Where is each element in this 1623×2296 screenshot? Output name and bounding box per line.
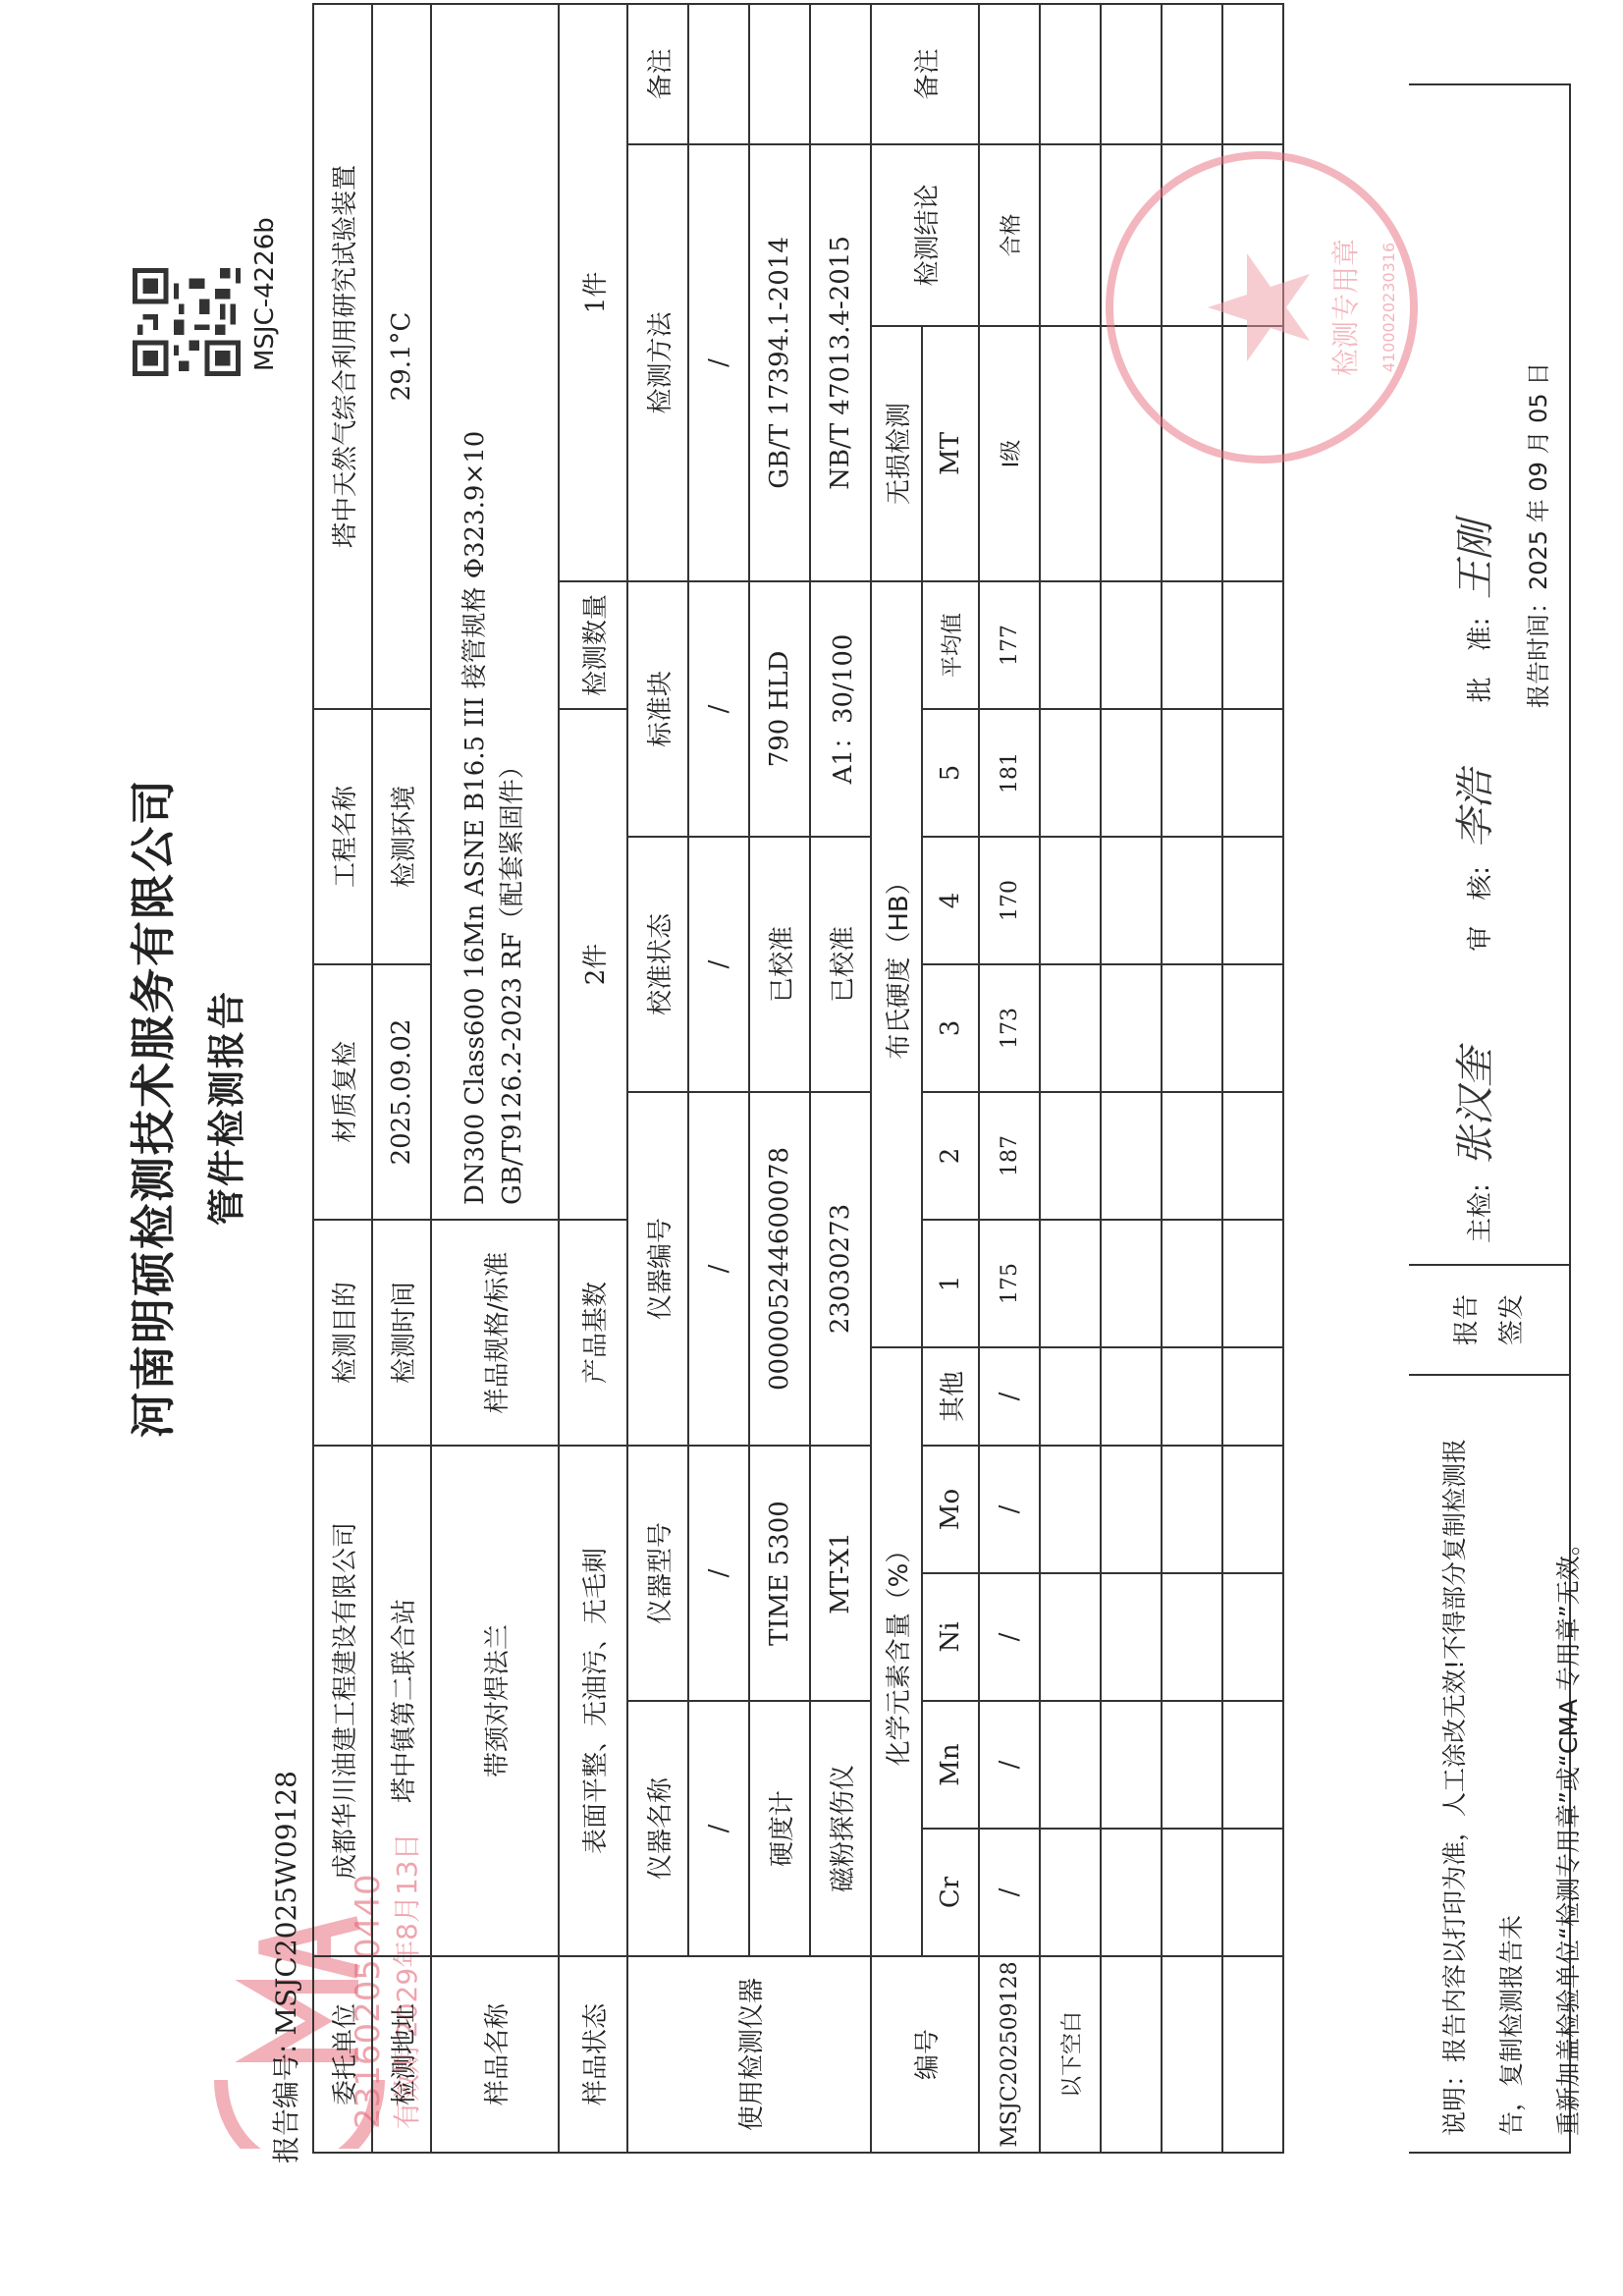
- cell: [1162, 581, 1222, 709]
- cell: [1101, 964, 1162, 1092]
- form-code: MSJC-4226b: [250, 217, 280, 371]
- calibration-header: 校准状态: [627, 837, 688, 1092]
- cell: [810, 4, 871, 144]
- cell: [1222, 1446, 1283, 1573]
- report-number-value: MSJC2025W09128: [270, 1771, 302, 2036]
- approver-signature: 王刚: [1444, 520, 1500, 599]
- purpose-label: 检测目的: [313, 1220, 372, 1446]
- state-label: 样品状态: [559, 1956, 627, 2153]
- inspector-signature: 张汉奎: [1444, 1048, 1500, 1166]
- instrument-header-row: 使用检测仪器 仪器名称 仪器型号 仪器编号 校准状态 标准块 检测方法 备注: [627, 4, 688, 2153]
- chem-ni: Ni: [922, 1573, 979, 1701]
- site-value: 塔中镇第二联合站: [372, 1446, 431, 1956]
- cell: [1222, 1829, 1283, 1956]
- hb-1: 1: [922, 1220, 979, 1347]
- issue-label-1: 报告: [1444, 1294, 1489, 1345]
- empty-row: [1162, 4, 1222, 2153]
- cell: [1040, 1220, 1101, 1347]
- cell: 170: [979, 837, 1040, 964]
- cell: [1222, 1092, 1283, 1220]
- hb-4: 4: [922, 837, 979, 964]
- chem-other: 其他: [922, 1347, 979, 1446]
- cell: [1101, 326, 1162, 581]
- inspector-label: 主检:: [1460, 1183, 1496, 1243]
- state-value: 表面平整、无油污、无毛刺: [559, 1446, 627, 1956]
- cell: [1222, 581, 1283, 709]
- blank-marker: 以下空白: [1040, 1956, 1101, 2153]
- results-header-row-1: 编号 化学元素含量（%） 布氏硬度（HB） 无损检测 检测结论 备注: [871, 4, 922, 2153]
- cell: [1040, 4, 1101, 144]
- cell: /: [979, 1701, 1040, 1829]
- cell: [1040, 1347, 1101, 1446]
- cell: /: [688, 144, 749, 581]
- empty-row: [1101, 4, 1162, 2153]
- cell: [1101, 1446, 1162, 1573]
- issue-label-2: 签发: [1489, 1294, 1535, 1345]
- chem-mn: Mn: [922, 1701, 979, 1829]
- test-qty-value: 1件: [559, 4, 627, 581]
- cell: [1162, 837, 1222, 964]
- spec-value: DN300 Class600 16Mn ASNE B16.5 III 接管规格 …: [431, 4, 559, 1220]
- cell: [749, 4, 810, 144]
- cell: [1162, 1092, 1222, 1220]
- hb-3: 3: [922, 964, 979, 1092]
- cell: [1222, 837, 1283, 964]
- results-header-row-2: Cr Mn Ni Mo 其他 1 2 3 4 5 平均值 MT: [922, 4, 979, 2153]
- spec-label: 样品规格/标准: [431, 1220, 559, 1446]
- report-table: 委托单位 成都华川油建工程建设有限公司 检测目的 材质复检 工程名称 塔中天然气…: [312, 3, 1284, 2154]
- cell: NB/T 47013.4-2015: [810, 144, 871, 581]
- cell: 23030273: [810, 1092, 871, 1446]
- cell: [1222, 326, 1283, 581]
- instrument-row: 硬度计 TIME 5300 000005244600078 已校准 790 HL…: [749, 4, 810, 2153]
- client-value: 成都华川油建工程建设有限公司: [313, 1446, 372, 1956]
- row-client: 委托单位 成都华川油建工程建设有限公司 检测目的 材质复检 工程名称 塔中天然气…: [313, 4, 372, 2153]
- report-number: 报告编号: MSJC2025W09128: [265, 1771, 304, 2163]
- cell: [1040, 581, 1101, 709]
- base-qty-value: 2件: [559, 709, 627, 1220]
- footer-section: 说明：报告内容以打印为准，人工涂改无效!不得部分复制检测报告，复制检测报告未 重…: [1409, 83, 1571, 2154]
- cell: [1222, 1347, 1283, 1446]
- cell: 177: [979, 581, 1040, 709]
- cell: [1101, 709, 1162, 837]
- instrument-row: 磁粉探伤仪 MT-X1 23030273 已校准 A1：30/100 NB/T …: [810, 4, 871, 2153]
- cell: [1222, 964, 1283, 1092]
- test-time-label: 检测时间: [372, 1220, 431, 1446]
- cell: 173: [979, 964, 1040, 1092]
- cell: [1222, 709, 1283, 837]
- report-number-label: 报告编号:: [270, 2045, 302, 2163]
- report-title: 管件检测报告: [196, 469, 250, 1746]
- note-line-2: 重新加盖检验单位“检测专用章”或“CMA 专用章”无效。: [1541, 1390, 1597, 2136]
- cell: [1101, 581, 1162, 709]
- ndt-header: 无损检测: [871, 326, 922, 581]
- cell: [1101, 837, 1162, 964]
- project-value: 塔中天然气综合利用研究试验装置: [313, 4, 372, 709]
- cell: /: [979, 1446, 1040, 1573]
- cell: [1040, 1573, 1101, 1701]
- cell: [1101, 1092, 1162, 1220]
- sample-name-value: 带颈对焊法兰: [431, 1446, 559, 1956]
- cell: /: [688, 1446, 749, 1701]
- results-row: 以下空白: [1040, 4, 1101, 2153]
- cell: [1162, 1829, 1222, 1956]
- sample-id: MSJC202509128: [979, 1956, 1040, 2153]
- test-time-value: 2025.09.02: [372, 964, 431, 1220]
- cell: /: [979, 1347, 1040, 1446]
- cell: /: [688, 837, 749, 1092]
- cell: /: [688, 1092, 749, 1446]
- project-label: 工程名称: [313, 709, 372, 964]
- cell: 磁粉探伤仪: [810, 1701, 871, 1956]
- cell: [1162, 1701, 1222, 1829]
- test-qty-label: 检测数量: [559, 581, 627, 709]
- client-label: 委托单位: [313, 1956, 372, 2153]
- cell: [1162, 1347, 1222, 1446]
- cell: [1101, 1829, 1162, 1956]
- cell: A1：30/100: [810, 581, 871, 837]
- row-state: 样品状态 表面平整、无油污、无毛刺 产品基数 2件 检测数量 1件: [559, 4, 627, 2153]
- cell: [979, 4, 1040, 144]
- cell: /: [979, 1829, 1040, 1956]
- row-site: 检测地址 塔中镇第二联合站 检测时间 2025.09.02 检测环境 29.1°…: [372, 4, 431, 2153]
- empty-row: [1222, 4, 1283, 2153]
- reviewer-label: 审 核:: [1460, 866, 1496, 952]
- cell: 已校准: [749, 837, 810, 1092]
- cell: /: [688, 1701, 749, 1956]
- cell: /: [979, 1573, 1040, 1701]
- hb-2: 2: [922, 1092, 979, 1220]
- cell: [1222, 144, 1283, 326]
- chem-mo: Mo: [922, 1446, 979, 1573]
- sample-name-label: 样品名称: [431, 1956, 559, 2153]
- cell: [1162, 709, 1222, 837]
- std-block-header: 标准块: [627, 581, 688, 837]
- seal-number: 4100020230316: [1380, 243, 1398, 372]
- conclusion-value: 合格: [979, 144, 1040, 326]
- hb-avg: 平均值: [922, 581, 979, 709]
- cell: TIME 5300: [749, 1446, 810, 1701]
- spec-line-1: DN300 Class600 16Mn ASNE B16.5 III 接管规格 …: [458, 9, 495, 1205]
- cell: [1162, 1220, 1222, 1347]
- instrument-serial-header: 仪器编号: [627, 1092, 688, 1446]
- cell: [1101, 1573, 1162, 1701]
- qr-code-icon: [133, 268, 241, 376]
- cell: 000005244600078: [749, 1092, 810, 1446]
- reviewer-signature: 李浩: [1444, 770, 1500, 848]
- report-page: 河南明硕检测技术服务有限公司 管件检测报告 MSJC-4226b: [0, 0, 1623, 2296]
- cell: [1040, 1092, 1101, 1220]
- chem-cr: Cr: [922, 1829, 979, 1956]
- results-row: MSJC202509128 / / / / / 175 187 173 170 …: [979, 4, 1040, 2153]
- cell: [1040, 326, 1101, 581]
- cell: 已校准: [810, 837, 871, 1092]
- cell: GB/T 17394.1-2014: [749, 144, 810, 581]
- issue-label: 报告 签发: [1409, 1264, 1569, 1376]
- cell: [1040, 144, 1101, 326]
- cell: [1040, 709, 1101, 837]
- cell: [1222, 1956, 1283, 2153]
- cell: [1162, 144, 1222, 326]
- cell: I级: [979, 326, 1040, 581]
- approver-label: 批 准:: [1460, 618, 1496, 703]
- cell: [1040, 964, 1101, 1092]
- base-qty-label: 产品基数: [559, 1220, 627, 1446]
- cell: [1162, 4, 1222, 144]
- hardness-header: 布氏硬度（HB）: [871, 581, 922, 1347]
- cell: [1101, 1347, 1162, 1446]
- cell: [1222, 1220, 1283, 1347]
- cell: [1222, 1701, 1283, 1829]
- ndt-method: MT: [922, 326, 979, 581]
- instrument-model-header: 仪器型号: [627, 1446, 688, 1701]
- id-header: 编号: [871, 1956, 979, 2153]
- cell: [1101, 1220, 1162, 1347]
- spec-line-2: GB/T9126.2-2023 RF（配套紧固件）: [495, 9, 532, 1205]
- cell: [1101, 1701, 1162, 1829]
- cell: [688, 4, 749, 144]
- cell: [1162, 1573, 1222, 1701]
- company-name: 河南明硕检测技术服务有限公司: [118, 469, 183, 1746]
- cell: [1162, 1446, 1222, 1573]
- instrument-remark-header: 备注: [627, 4, 688, 144]
- env-value: 29.1°C: [372, 4, 431, 709]
- cell: [1040, 1829, 1101, 1956]
- instrument-name-header: 仪器名称: [627, 1701, 688, 1956]
- instruments-label: 使用检测仪器: [627, 1956, 871, 2153]
- method-header: 检测方法: [627, 144, 688, 581]
- conclusion-header: 检测结论: [871, 144, 979, 326]
- report-date: 报告时间：2025 年 09 月 05 日: [1519, 362, 1553, 708]
- cell: 硬度计: [749, 1701, 810, 1956]
- seal-text: 检测专用章: [1329, 239, 1362, 376]
- purpose-value: 材质复检: [313, 964, 372, 1220]
- remark-header: 备注: [871, 4, 979, 144]
- chem-header: 化学元素含量（%）: [871, 1347, 922, 1956]
- cell: 175: [979, 1220, 1040, 1347]
- hb-5: 5: [922, 709, 979, 837]
- cell: [1101, 144, 1162, 326]
- cell: MT-X1: [810, 1446, 871, 1701]
- cell: 790 HLD: [749, 581, 810, 837]
- signatures: 主检: 张汉奎 审 核: 李浩 批 准: 王刚: [1444, 520, 1500, 1243]
- cell: [1040, 837, 1101, 964]
- cell: [1222, 4, 1283, 144]
- cell: [1222, 1573, 1283, 1701]
- cell: 181: [979, 709, 1040, 837]
- note-line-1: 说明：报告内容以打印为准，人工涂改无效!不得部分复制检测报告，复制检测报告未: [1427, 1390, 1541, 2136]
- report-note: 说明：报告内容以打印为准，人工涂改无效!不得部分复制检测报告，复制检测报告未 重…: [1427, 1390, 1597, 2136]
- row-sample: 样品名称 带颈对焊法兰 样品规格/标准 DN300 Class600 16Mn …: [431, 4, 559, 2153]
- cell: /: [688, 581, 749, 837]
- cell: [1040, 1446, 1101, 1573]
- cell: [1040, 1701, 1101, 1829]
- instrument-row: / / / / / /: [688, 4, 749, 2153]
- cell: [1162, 326, 1222, 581]
- cell: [1162, 1956, 1222, 2153]
- cell: [1101, 4, 1162, 144]
- cell: [1162, 964, 1222, 1092]
- cell: 187: [979, 1092, 1040, 1220]
- env-label: 检测环境: [372, 709, 431, 964]
- site-label: 检测地址: [372, 1956, 431, 2153]
- cell: [1101, 1956, 1162, 2153]
